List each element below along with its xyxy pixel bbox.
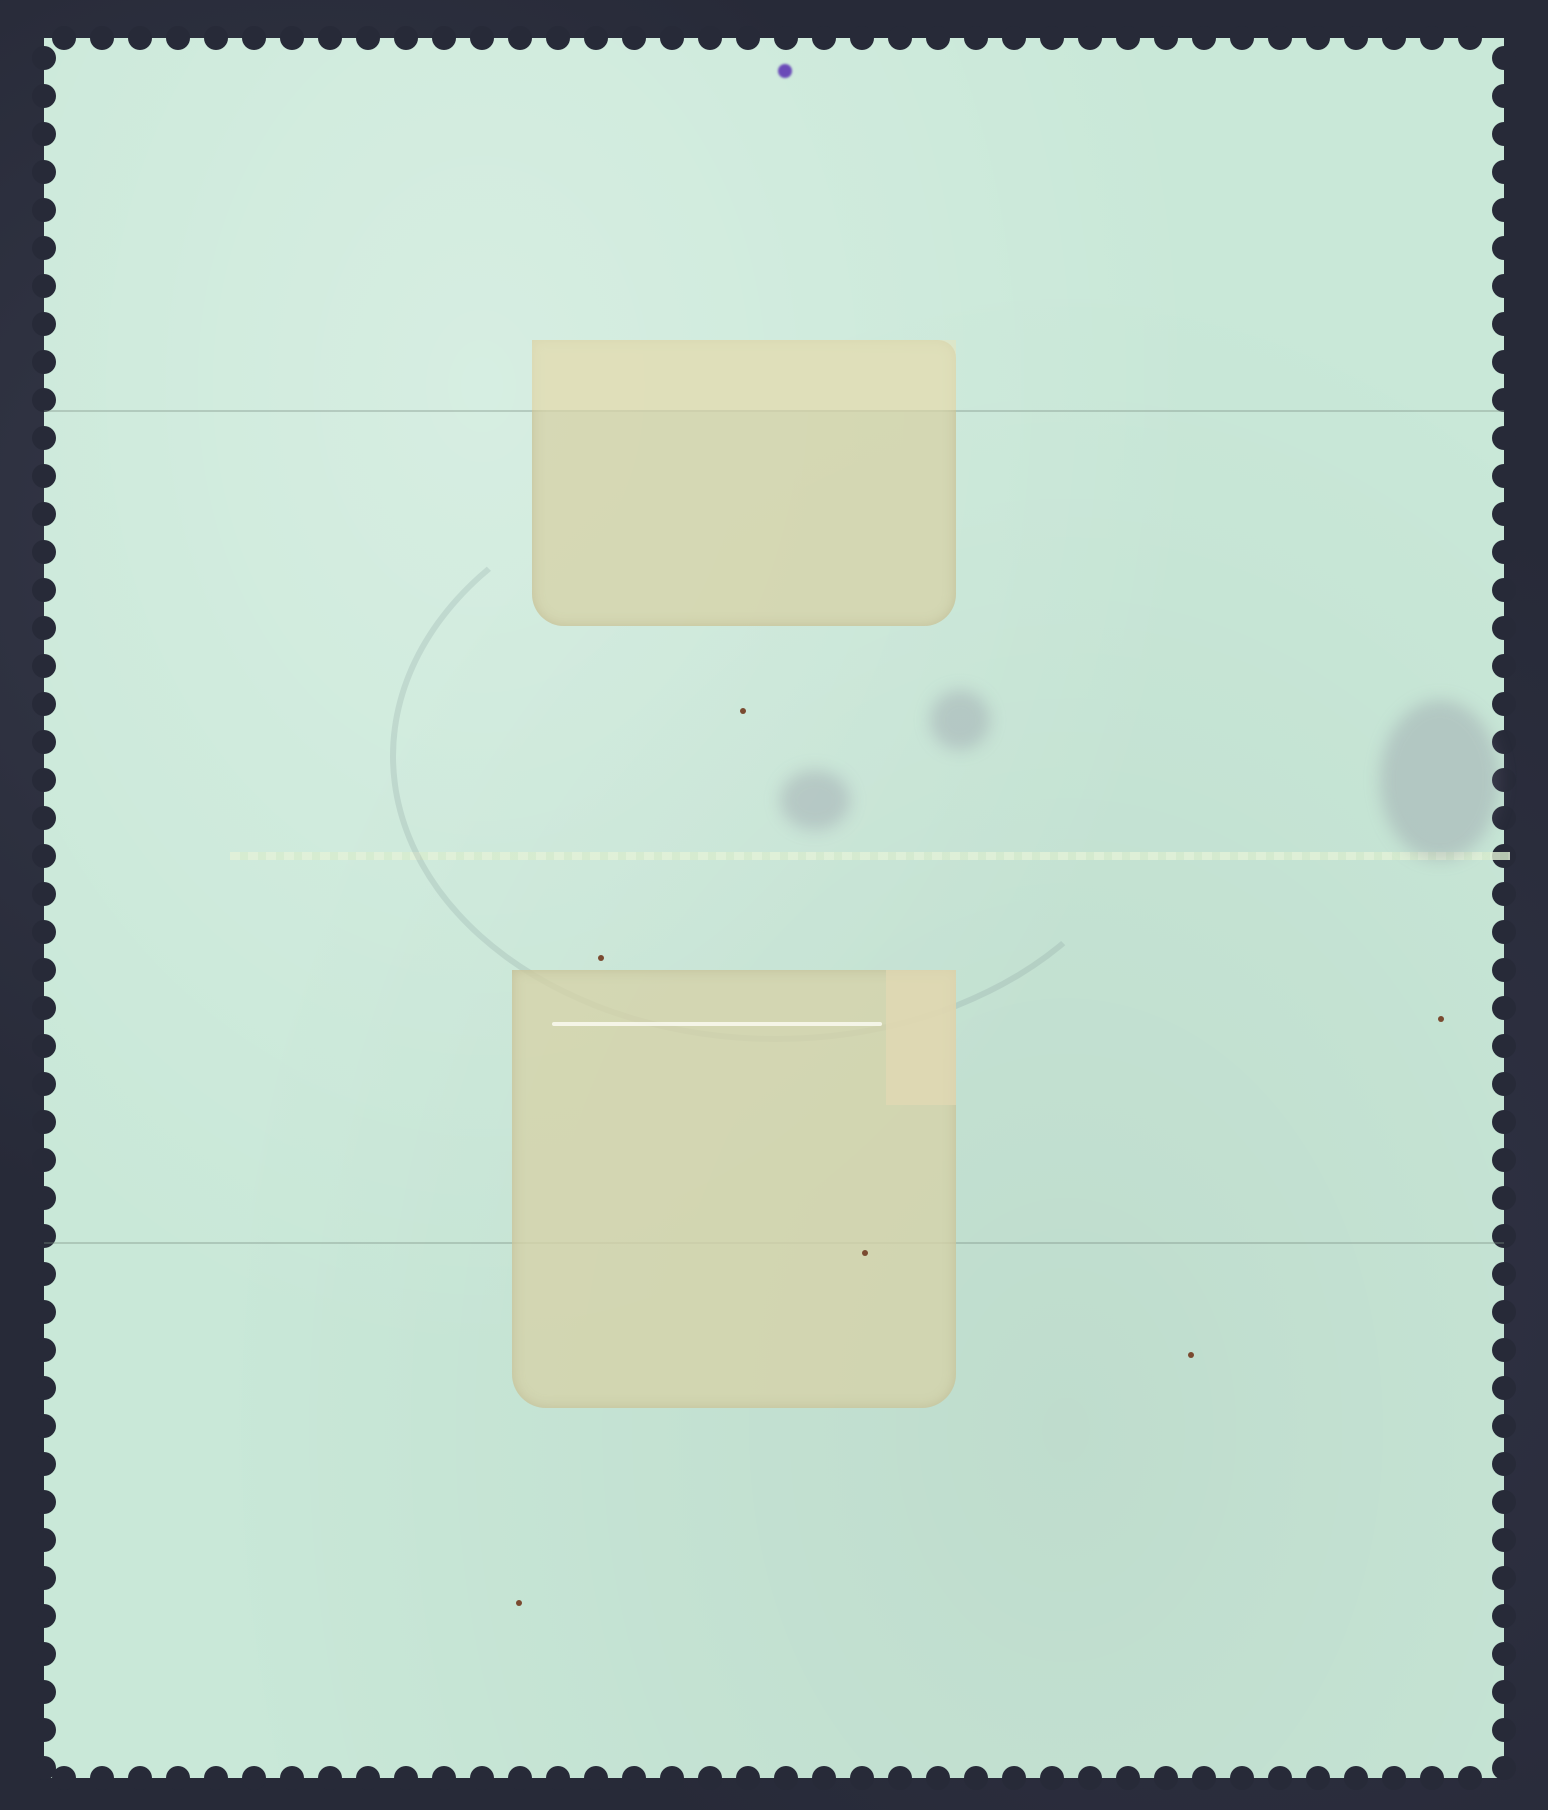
perforation-hole [1268,1766,1292,1790]
perforation-hole [1492,1490,1516,1514]
perforation-hole [470,1766,494,1790]
perforation-hole [280,1766,304,1790]
perforation-hole [926,26,950,50]
perforation-hole [166,26,190,50]
perforation-hole [1492,274,1516,298]
perforation-hole [1116,1766,1140,1790]
perforation-hole [1492,1642,1516,1666]
perforation-hole [32,578,56,602]
perforation-hole [32,84,56,108]
perforation-hole [32,1642,56,1666]
perforation-hole [888,1766,912,1790]
perforation-hole [394,26,418,50]
perforation-hole [698,26,722,50]
perforation-hole [32,806,56,830]
perforation-hole [1002,26,1026,50]
perforation-hole [32,920,56,944]
perforation-hole [1492,388,1516,412]
perforation-hole [1492,1034,1516,1058]
perforation-hole [1492,426,1516,450]
perforation-hole [1492,1718,1516,1742]
perforation-hole [1078,1766,1102,1790]
hinge-top [532,340,956,626]
perforation-hole [90,1766,114,1790]
perforation-hole [584,26,608,50]
perforation-hole [32,464,56,488]
perforation-hole [1040,1766,1064,1790]
perforation-hole [32,388,56,412]
perforation-hole [318,1766,342,1790]
perforation-hole [32,730,56,754]
perforation-hole [1492,1604,1516,1628]
perforation-hole [90,26,114,50]
perforation-hole [32,1756,56,1780]
perforation-hole [128,1766,152,1790]
perforation-hole [32,654,56,678]
perforation-hole [1116,26,1140,50]
perforation-hole [812,1766,836,1790]
speck [598,955,604,961]
perforation-hole [32,502,56,526]
perforation-hole [394,1766,418,1790]
perforation-hole [660,1766,684,1790]
postmark-smudge [780,770,850,830]
perforation-hole [1492,84,1516,108]
perforation-hole [128,26,152,50]
perforation-hole [1492,122,1516,146]
perforation-hole [622,1766,646,1790]
perforation-hole [32,1414,56,1438]
perforation-hole [1492,578,1516,602]
perforation-hole [242,26,266,50]
perforation-hole [470,26,494,50]
perforation-hole [1492,350,1516,374]
perforation-hole [1492,236,1516,260]
perforation-hole [812,26,836,50]
perforation-hole [32,1148,56,1172]
perforation-hole [32,1072,56,1096]
perforation-hole [356,1766,380,1790]
perforation-hole [508,1766,532,1790]
perforation-hole [32,1528,56,1552]
speck [740,708,746,714]
hinge-flap [532,340,956,410]
perforation-hole [32,122,56,146]
perforation-hole [1492,1528,1516,1552]
perforation-hole [1344,26,1368,50]
perforation-hole [1492,1186,1516,1210]
speck [862,1250,868,1256]
perforation-hole [660,26,684,50]
perforation-hole [32,198,56,222]
perforation-hole [32,1300,56,1324]
perforation-hole [1492,1072,1516,1096]
perforation-hole [1492,882,1516,906]
perforation-hole [32,1034,56,1058]
perforation-hole [1492,692,1516,716]
perforation-hole [32,312,56,336]
perforation-hole [166,1766,190,1790]
perforation-hole [736,1766,760,1790]
perforation-hole [546,1766,570,1790]
perforation-hole [1192,26,1216,50]
perforation-hole [32,958,56,982]
postmark-smudge [930,690,990,750]
perforation-hole [1492,920,1516,944]
hinge-corner [886,970,956,1105]
perforation-hole [318,26,342,50]
perforation-hole [356,26,380,50]
perforation-hole [850,26,874,50]
perforation-hole [32,1604,56,1628]
perforation-hole [32,236,56,260]
perforation-hole [1492,540,1516,564]
perforation-hole [32,540,56,564]
perforation-hole [1492,1756,1516,1780]
perforation-hole [1382,26,1406,50]
perforation-hole [698,1766,722,1790]
perforation-hole [432,1766,456,1790]
perforation-hole [1458,1766,1482,1790]
perforation-hole [280,26,304,50]
perforation-hole [1492,654,1516,678]
perforation-hole [964,1766,988,1790]
perforation-hole [1492,1376,1516,1400]
ink-dot [778,64,792,78]
perforation-hole [1382,1766,1406,1790]
perforation-hole [32,882,56,906]
perforation-hole [32,1718,56,1742]
perforation-hole [32,768,56,792]
perforation-hole [242,1766,266,1790]
speck [1188,1352,1194,1358]
perforation-hole [32,1566,56,1590]
perforation-hole [32,844,56,868]
perforation-hole [1420,26,1444,50]
perforation-hole [1268,26,1292,50]
perforation-hole [32,1262,56,1286]
perforation-hole [32,1110,56,1134]
perforation-hole [32,1338,56,1362]
perforation-hole [1078,26,1102,50]
perforation-hole [1492,1300,1516,1324]
perforation-hole [1492,1414,1516,1438]
perforation-hole [32,1376,56,1400]
perforation-hole [204,26,228,50]
perforation-hole [1458,26,1482,50]
perforation-hole [432,26,456,50]
perforation-hole [774,1766,798,1790]
perforation-hole [1492,1452,1516,1476]
perforation-hole [546,26,570,50]
speck [1438,1016,1444,1022]
perforation-hole [32,274,56,298]
perforation-hole [32,426,56,450]
perforation-hole [1040,26,1064,50]
perforation-hole [736,26,760,50]
perforation-hole [204,1766,228,1790]
perforation-hole [926,1766,950,1790]
perforation-hole [1492,1110,1516,1134]
perforation-hole [1492,464,1516,488]
perforation-hole [1154,26,1178,50]
perforation-hole [32,616,56,640]
perforation-hole [1154,1766,1178,1790]
postmark-smudge [1380,700,1500,860]
perforation-hole [32,350,56,374]
perforation-hole [1002,1766,1026,1790]
perforation-hole [1492,996,1516,1020]
speck [516,1600,522,1606]
perforation-hole [1306,26,1330,50]
perforation-hole [1230,26,1254,50]
perforation-hole [1492,1148,1516,1172]
perforation-hole [1492,1262,1516,1286]
perforation-hole [32,1490,56,1514]
perforation-hole [1492,1566,1516,1590]
perforation-hole [850,1766,874,1790]
perforation-hole [584,1766,608,1790]
perforation-hole [508,26,532,50]
perforation-hole [32,1186,56,1210]
perforation-hole [1192,1766,1216,1790]
perforation-hole [32,1680,56,1704]
perforation-hole [622,26,646,50]
hinge-crease [552,1022,882,1026]
perforation-hole [1492,160,1516,184]
perforation-hole [1492,1338,1516,1362]
hinge-bottom [512,970,956,1408]
perforation-hole [1492,502,1516,526]
perforation-hole [1420,1766,1444,1790]
perforation-hole [1492,616,1516,640]
perforation-hole [32,692,56,716]
perforation-hole [32,1224,56,1248]
perforation-hole [32,46,56,70]
perforation-hole [1492,1224,1516,1248]
perforation-hole [774,26,798,50]
perforation-hole [1492,1680,1516,1704]
perforation-hole [32,996,56,1020]
perforation-hole [1492,198,1516,222]
perforation-hole [1344,1766,1368,1790]
perforation-hole [1492,46,1516,70]
perforation-hole [32,160,56,184]
perforation-hole [1230,1766,1254,1790]
perforation-hole [1492,312,1516,336]
perforation-hole [1306,1766,1330,1790]
perforation-hole [52,26,76,50]
perforation-hole [964,26,988,50]
perforation-hole [1492,958,1516,982]
perforation-hole [32,1452,56,1476]
perforation-hole [888,26,912,50]
